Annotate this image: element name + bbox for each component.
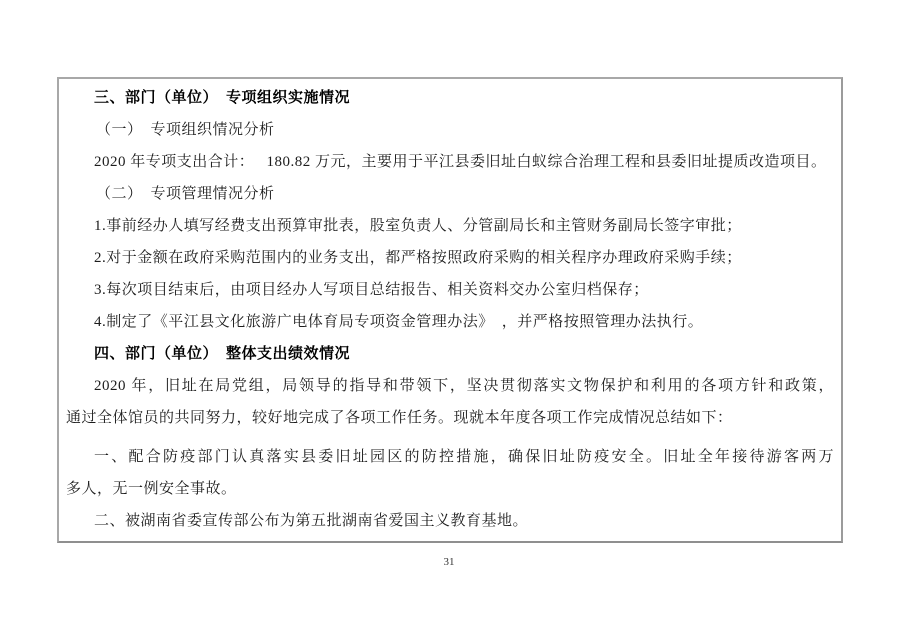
paragraph-special-expenditure: 2020 年专项支出合计： 180.82 万元，主要用于平江县委旧址白蚁综合治理… — [66, 146, 834, 178]
section-heading-4: 四、部门（单位） 整体支出绩效情况 — [66, 338, 834, 370]
paragraph-overview-line-1: 2020 年，旧址在局党组，局领导的指导和带领下，坚决贯彻落实文物保护和利用的各… — [66, 370, 834, 402]
achievement-item-1-line-2: 多人，无一例安全事故。 — [66, 473, 834, 505]
subsection-heading-1: （一） 专项组织情况分析 — [66, 114, 834, 146]
list-item-3: 3.每次项目结束后，由项目经办人写项目总结报告、相关资料交办公室归档保存； — [66, 274, 834, 306]
list-item-4: 4.制定了《平江县文化旅游广电体育局专项资金管理办法》 ，并严格按照管理办法执行… — [66, 306, 834, 338]
bordered-content-box: 三、部门（单位） 专项组织实施情况 （一） 专项组织情况分析 2020 年专项支… — [57, 77, 843, 543]
page-number: 31 — [0, 556, 898, 568]
section-heading-3: 三、部门（单位） 专项组织实施情况 — [66, 82, 834, 114]
achievement-item-1-line-1: 一、配合防疫部门认真落实县委旧址园区的防控措施，确保旧址防疫安全。旧址全年接待游… — [66, 441, 834, 473]
paragraph-overview-line-2: 通过全体馆员的共同努力，较好地完成了各项工作任务。现就本年度各项工作完成情况总结… — [66, 402, 834, 434]
list-item-1: 1.事前经办人填写经费支出预算审批表，股室负责人、分管副局长和主管财务副局长签字… — [66, 210, 834, 242]
document-page: 三、部门（单位） 专项组织实施情况 （一） 专项组织情况分析 2020 年专项支… — [0, 0, 898, 635]
achievement-item-2: 二、被湖南省委宣传部公布为第五批湖南省爱国主义教育基地。 — [66, 505, 834, 537]
list-item-2: 2.对于金额在政府采购范围内的业务支出，都严格按照政府采购的相关程序办理政府采购… — [66, 242, 834, 274]
subsection-heading-2: （二） 专项管理情况分析 — [66, 178, 834, 210]
